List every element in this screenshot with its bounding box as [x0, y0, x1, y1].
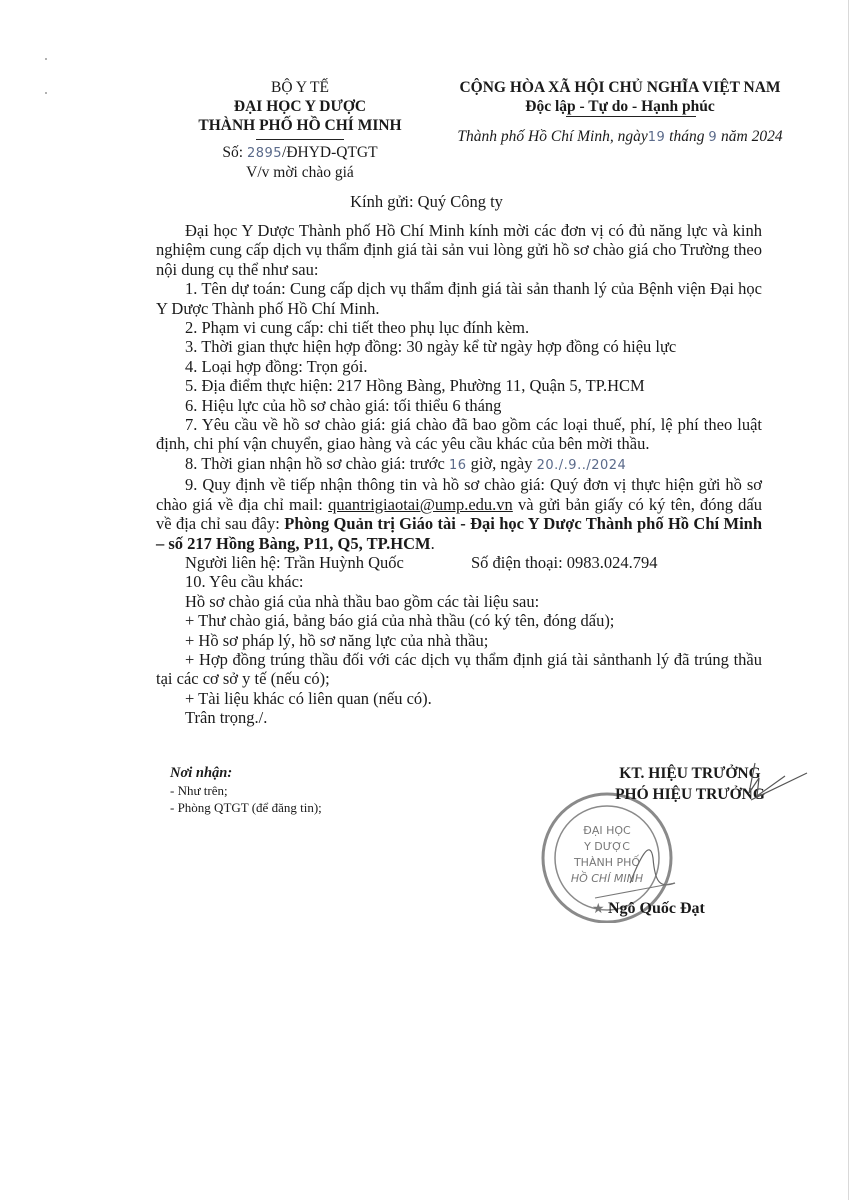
- item-1: 1. Tên dự toán: Cung cấp dịch vụ thẩm đị…: [156, 279, 762, 318]
- item-10-a: + Thư chào giá, bảng báo giá của nhà thầ…: [156, 611, 762, 630]
- intro-paragraph: Đại học Y Dược Thành phố Hồ Chí Minh kín…: [156, 221, 762, 279]
- country-name: CỘNG HÒA XÃ HỘI CHỦ NGHĨA VIỆT NAM: [420, 78, 820, 97]
- university-name-line1: ĐẠI HỌC Y DƯỢC: [150, 97, 450, 116]
- recipient-1: - Như trên;: [170, 782, 322, 799]
- item-2: 2. Phạm vi cung cấp: chi tiết theo phụ l…: [156, 318, 762, 337]
- university-name-line2: THÀNH PHỐ HỒ CHÍ MINH: [150, 116, 450, 135]
- recipient-2: - Phòng QTGT (để đăng tin);: [170, 799, 322, 816]
- document-number: Số: 2895/ĐHYD-QTGT: [150, 143, 450, 163]
- item-6: 6. Hiệu lực của hồ sơ chào giá: tối thiể…: [156, 396, 762, 415]
- item-7: 7. Yêu cầu về hồ sơ chào giá: giá chào đ…: [156, 415, 762, 454]
- item-10-c: + Hợp đồng trúng thầu đối với các dịch v…: [156, 650, 762, 689]
- signer-name: Ngô Quốc Đạt: [608, 900, 705, 918]
- document-page: BỘ Y TẾ ĐẠI HỌC Y DƯỢC THÀNH PHỐ HỒ CHÍ …: [0, 0, 853, 1200]
- scan-artifact: [45, 58, 47, 60]
- handwritten-hour: 16: [449, 458, 467, 473]
- email-link[interactable]: quantrigiaotai@ump.edu.vn: [328, 495, 513, 514]
- document-subject: V/v mời chào giá: [150, 163, 450, 182]
- item-10: 10. Yêu cầu khác:: [156, 572, 762, 591]
- contact-person: Người liên hệ: Trần Huỳnh Quốc: [185, 553, 471, 572]
- salutation: Kính gửi: Quý Công ty: [0, 192, 853, 212]
- issuer-header: BỘ Y TẾ ĐẠI HỌC Y DƯỢC THÀNH PHỐ HỒ CHÍ …: [150, 78, 450, 182]
- item-10-d: + Tài liệu khác có liên quan (nếu có).: [156, 689, 762, 708]
- svg-text:★: ★: [592, 902, 605, 917]
- contact-phone: Số điện thoại: 0983.024.794: [471, 553, 658, 572]
- item-3: 3. Thời gian thực hiện hợp đồng: 30 ngày…: [156, 337, 762, 356]
- item-4: 4. Loại hợp đồng: Trọn gói.: [156, 357, 762, 376]
- handwritten-number: 2895: [247, 146, 282, 161]
- signature-mark-icon: [745, 758, 815, 808]
- item-10-intro: Hồ sơ chào giá của nhà thầu bao gồm các …: [156, 592, 762, 611]
- national-header: CỘNG HÒA XÃ HỘI CHỦ NGHĨA VIỆT NAM Độc l…: [420, 78, 820, 116]
- item-8: 8. Thời gian nhận hồ sơ chào giá: trước …: [156, 454, 762, 475]
- document-date: Thành phố Hồ Chí Minh, ngày19 tháng 9 nă…: [420, 128, 820, 146]
- scan-artifact: [45, 92, 47, 94]
- handwritten-deadline: 20./.9../2024: [537, 458, 627, 473]
- motto-rule: [566, 116, 696, 117]
- header-rule: [256, 139, 344, 140]
- recipients-block: Nơi nhận: - Như trên; - Phòng QTGT (để đ…: [170, 765, 322, 816]
- svg-text:ĐẠI HỌC: ĐẠI HỌC: [583, 824, 631, 837]
- letter-body: Đại học Y Dược Thành phố Hồ Chí Minh kín…: [156, 221, 762, 728]
- contact-line: Người liên hệ: Trần Huỳnh Quốc Số điện t…: [156, 553, 762, 572]
- ministry-name: BỘ Y TẾ: [150, 78, 450, 97]
- scan-edge: [848, 0, 849, 1200]
- closing: Trân trọng./.: [156, 708, 762, 727]
- item-5: 5. Địa điểm thực hiện: 217 Hồng Bàng, Ph…: [156, 376, 762, 395]
- svg-text:Y DƯỢC: Y DƯỢC: [583, 840, 630, 853]
- item-10-b: + Hồ sơ pháp lý, hồ sơ năng lực của nhà …: [156, 631, 762, 650]
- recipients-title: Nơi nhận:: [170, 765, 322, 782]
- national-motto: Độc lập - Tự do - Hạnh phúc: [420, 97, 820, 116]
- item-9: 9. Quy định về tiếp nhận thông tin và hồ…: [156, 475, 762, 553]
- svg-text:THÀNH PHỐ: THÀNH PHỐ: [573, 855, 640, 869]
